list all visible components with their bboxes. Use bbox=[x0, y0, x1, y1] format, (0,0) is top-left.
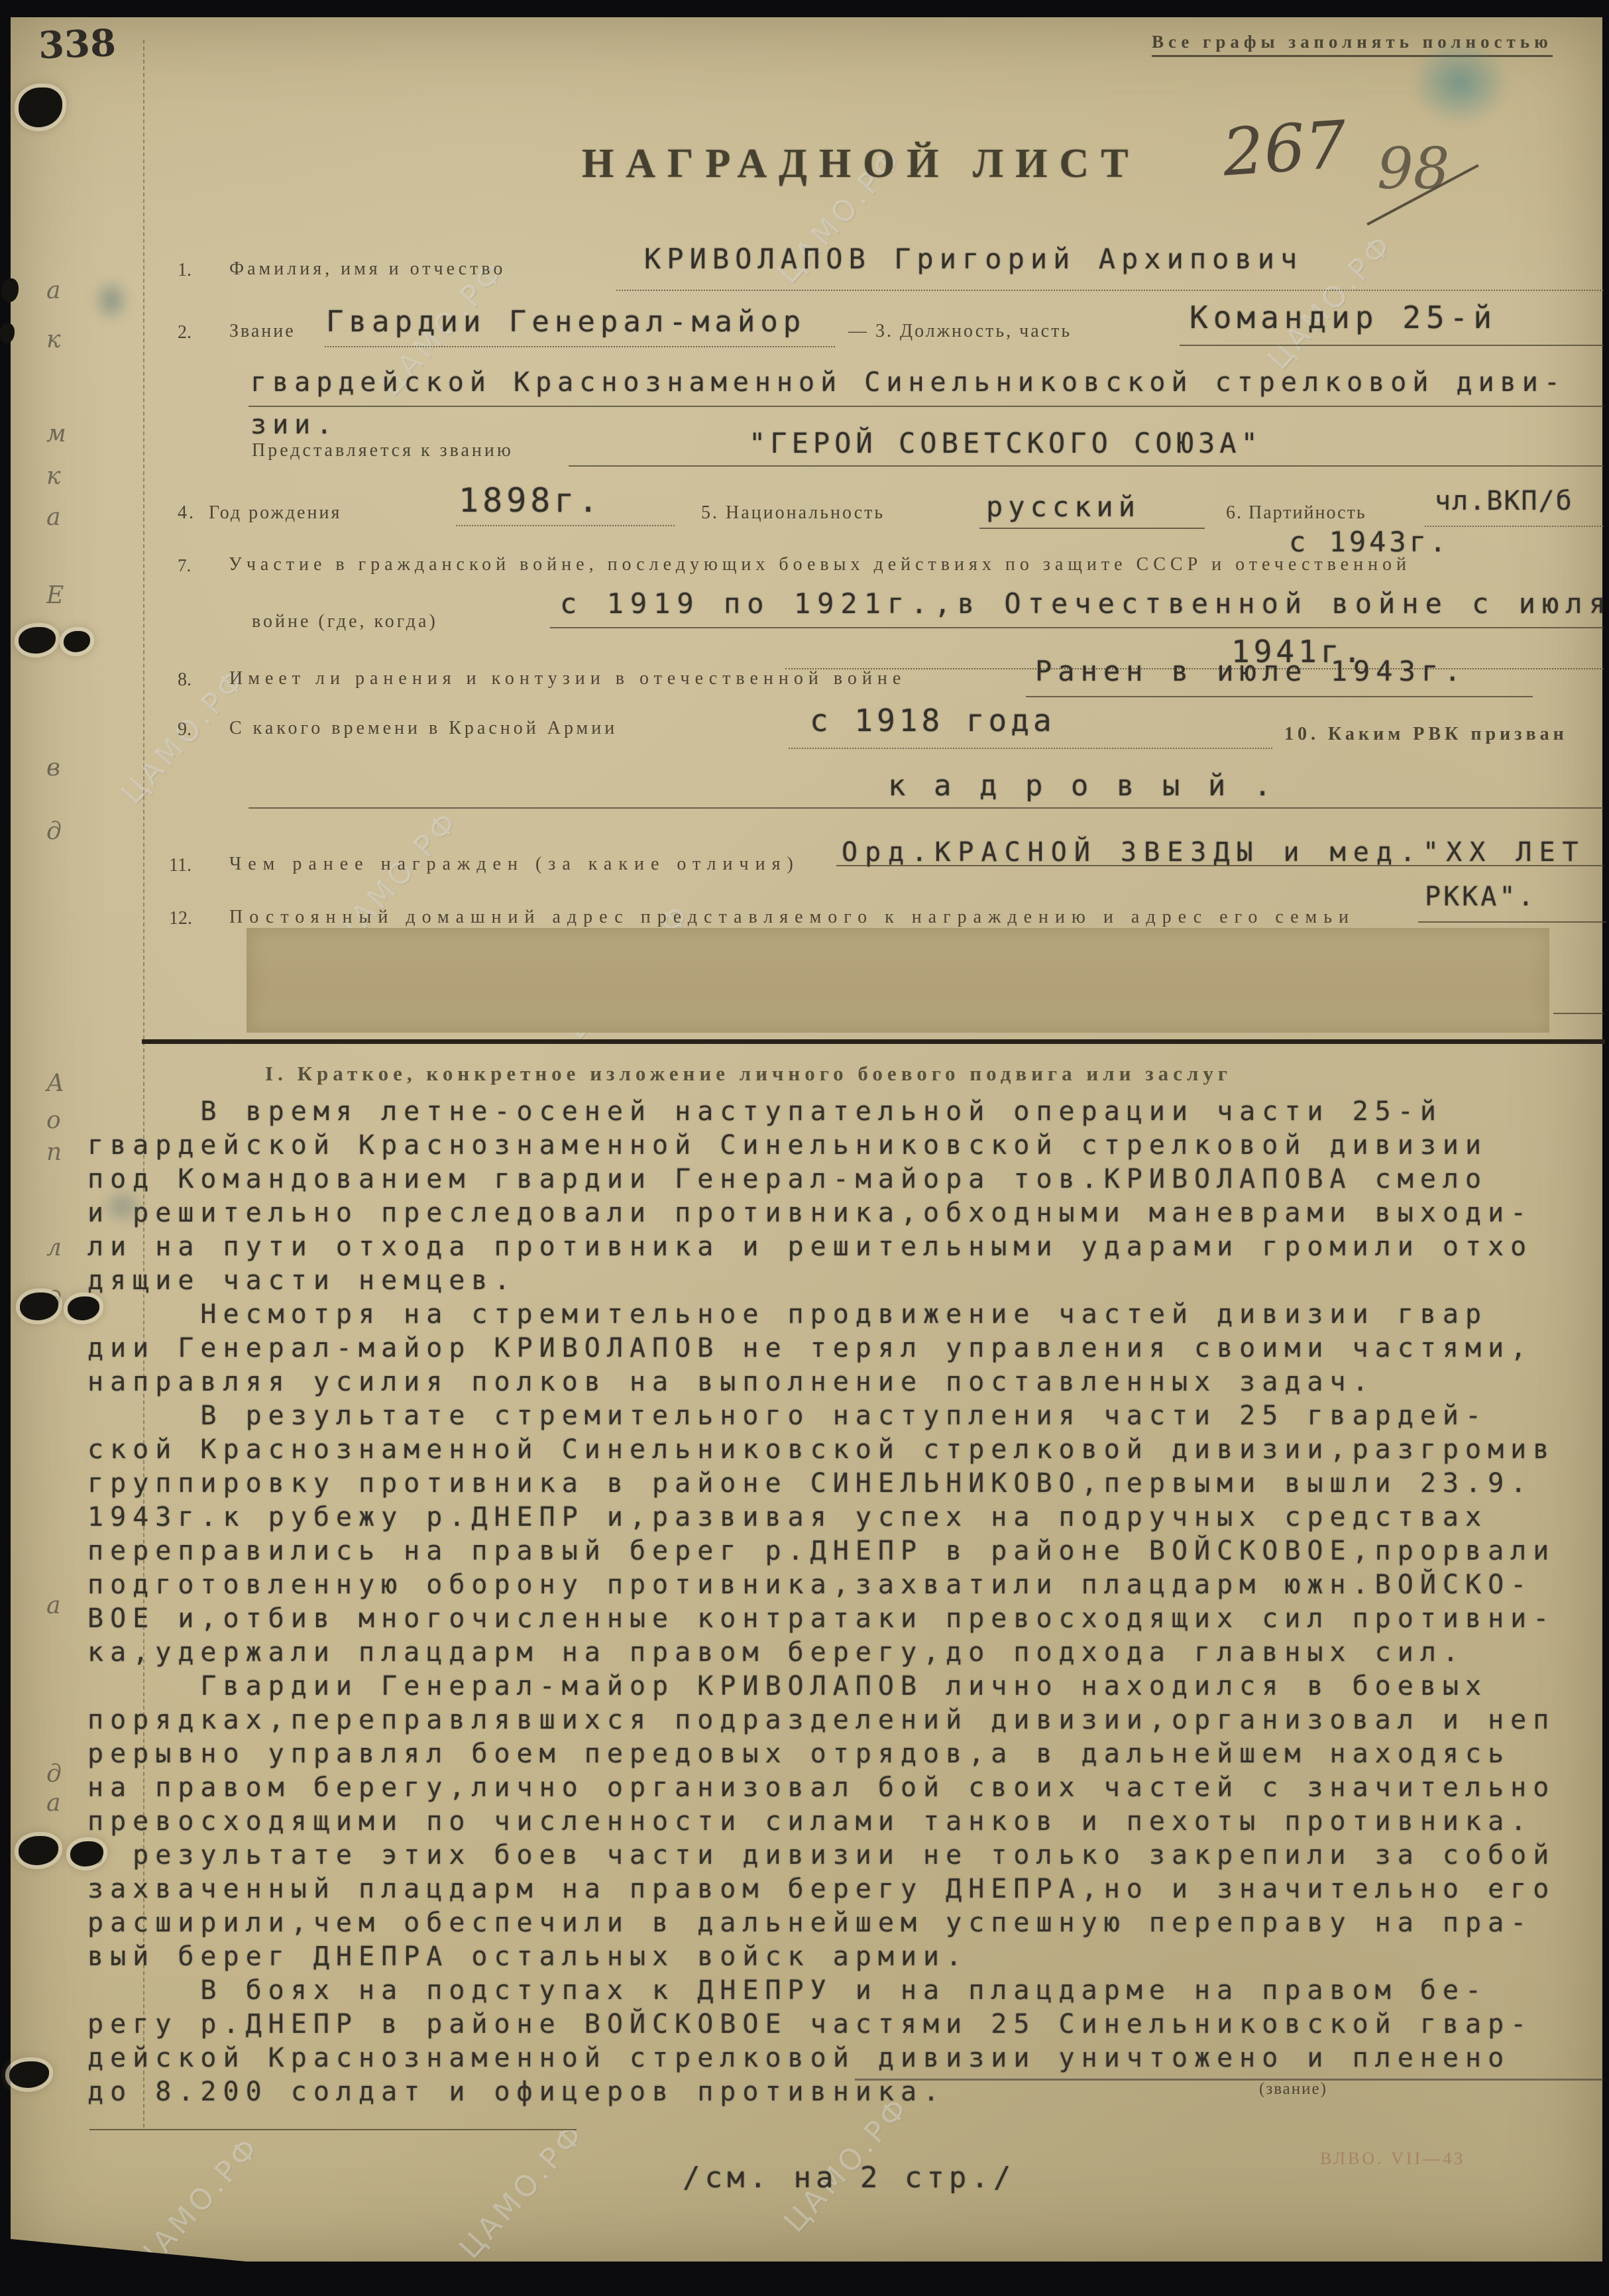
field1-value: КРИВОЛАПОВ Григорий Архипович bbox=[644, 243, 1303, 275]
margin-handwritten-letter: к bbox=[46, 326, 61, 353]
field11-label: Чем ранее награжден (за какие отличия) bbox=[229, 854, 800, 875]
ruled-line bbox=[569, 465, 1604, 467]
margin-handwritten-letter: л bbox=[46, 1234, 62, 1261]
field3-value: Командир 25-й bbox=[1190, 300, 1497, 335]
document-title: НАГРАДНОЙ ЛИСТ bbox=[582, 141, 1140, 188]
print-shop-stamp: ВЛВО. VII—43 bbox=[1320, 2149, 1465, 2169]
combat-description-line: рерывно управлял боем передовых отрядов,… bbox=[87, 1737, 1606, 1771]
field3-label: — 3. Должность, часть bbox=[848, 321, 1072, 342]
field1-label: Фамилия, имя и отчество bbox=[229, 258, 506, 280]
ruled-line bbox=[249, 406, 1604, 407]
combat-description-line: расширили,чем обеспечили в дальнейшем ус… bbox=[87, 1906, 1606, 1940]
field11-value: Орд.КРАСНОЙ ЗВЕЗДЫ и мед."ХХ ЛЕТ bbox=[842, 837, 1586, 868]
field8-number: 8. bbox=[178, 669, 192, 691]
combat-description-line: на правом берегу,лично организовал бой с… bbox=[87, 1771, 1606, 1805]
combat-description-line: дии Генерал-майор КРИВОЛАПОВ не терял уп… bbox=[87, 1332, 1606, 1365]
field12-label: Постоянный домашний адрес представляемог… bbox=[229, 907, 1355, 928]
combat-description-line: переправились на правый берег р.ДНЕПР в … bbox=[87, 1534, 1606, 1568]
combat-description-line: ВОЕ и,отбив многочисленные контратаки пр… bbox=[87, 1602, 1606, 1636]
ruled-line bbox=[1553, 1013, 1604, 1014]
ruled-line bbox=[550, 627, 1604, 628]
combat-description-line: вый берег ДНЕПРА остальных войск армии. bbox=[87, 1940, 1606, 1974]
combat-description-line: гвардейской Краснознаменной Синельниковс… bbox=[87, 1129, 1606, 1163]
combat-description-line: подготовленную оборону противника,захват… bbox=[87, 1568, 1606, 1602]
combat-description-line: Несмотря на стремительное продвижение ча… bbox=[87, 1298, 1606, 1332]
field2-number: 2. bbox=[178, 322, 192, 343]
ruled-line bbox=[456, 525, 675, 526]
field5-label: 5. Национальность bbox=[701, 502, 885, 524]
section-divider bbox=[142, 1039, 1605, 1044]
combat-description-line: захваченный плацдарм на правом берегу ДН… bbox=[87, 1872, 1606, 1906]
field7-number: 7. bbox=[178, 555, 191, 576]
margin-handwritten-letter: д bbox=[46, 818, 62, 845]
ruled-line bbox=[979, 528, 1205, 529]
margin-handwritten-letter: п bbox=[46, 1139, 62, 1166]
ruled-line bbox=[1180, 345, 1604, 346]
margin-handwritten-letter: а bbox=[46, 277, 60, 304]
combat-description-line: ка,удержали плацдарм на правом берегу,до… bbox=[87, 1636, 1606, 1670]
combat-description-line: 1943г.к рубежу р.ДНЕПР и,развивая успех … bbox=[87, 1501, 1606, 1534]
combat-description-line: дейской Краснознаменной стрелковой дивиз… bbox=[87, 2041, 1606, 2075]
combat-description-line: превосходящими по численности силами тан… bbox=[87, 1805, 1606, 1839]
rank-label: Представляется к званию bbox=[252, 440, 514, 461]
field7-value: с 1919 по 1921г.,в Отечественной войне с… bbox=[560, 587, 1609, 620]
combat-description-line: порядках,переправлявшихся подразделений … bbox=[87, 1703, 1606, 1737]
combat-description-line: ской Краснознаменной Синельниковской стр… bbox=[87, 1433, 1606, 1467]
margin-handwritten-letter: а bbox=[46, 1592, 60, 1619]
combat-description-line: и решительно преследовали противника,обх… bbox=[87, 1196, 1606, 1230]
ink-stain bbox=[91, 277, 131, 323]
field5-value: русский bbox=[986, 490, 1140, 523]
ruled-line bbox=[1418, 921, 1606, 923]
combat-description-line: направляя усилия полков на выполнение по… bbox=[87, 1365, 1606, 1399]
scanned-award-sheet: ЦАМО.РФЦАМО.РФЦАМО.РФЦАМО.РФЦАМО.РФЦАМО.… bbox=[0, 0, 1609, 2296]
combat-description-line: дящие части немцев. bbox=[87, 1264, 1606, 1298]
combat-description-line: под Командованием гвардии Генерал-майора… bbox=[87, 1163, 1606, 1196]
ruled-line bbox=[616, 290, 1604, 291]
field2-value: Гвардии Генерал-майор bbox=[326, 305, 806, 339]
combat-description-line: В время летне-осеней наступательной опер… bbox=[87, 1095, 1606, 1129]
combat-description-line: регу р.ДНЕПР в районе ВОЙСКОВОЕ частями … bbox=[87, 2008, 1606, 2041]
combat-description-line: В результате стремительного наступления … bbox=[87, 1399, 1606, 1433]
combat-section-heading: I. Краткое, конкретное изложение личного… bbox=[265, 1062, 1232, 1086]
margin-handwritten-letter: в bbox=[46, 754, 60, 781]
field6-value-line2: с 1943г. bbox=[1289, 526, 1449, 558]
field11-value-line2: РККА". bbox=[1425, 882, 1537, 912]
field8-label: Имеет ли ранения и контузии в отечествен… bbox=[229, 668, 906, 689]
ruled-line bbox=[325, 346, 835, 347]
ruled-line bbox=[1026, 696, 1533, 697]
field12-number: 12. bbox=[169, 908, 192, 929]
see-page-2-note: /см. на 2 стр./ bbox=[683, 2161, 1015, 2195]
field8-value: Ранен в июле 1943г. bbox=[1035, 655, 1467, 687]
field4-value: 1898г. bbox=[459, 481, 602, 520]
field1-number: 1. bbox=[178, 260, 192, 281]
margin-handwritten-letter: к bbox=[46, 463, 61, 490]
combat-description: В время летне-осеней наступательной опер… bbox=[87, 1095, 1606, 2109]
field11-number: 11. bbox=[169, 855, 192, 876]
field3-value-line2: гвардейской Краснознаменной Синельниковс… bbox=[250, 367, 1566, 398]
field2-label: Звание bbox=[229, 321, 296, 342]
margin-handwritten-letter: о bbox=[46, 1107, 61, 1134]
combat-description-line: В результате этих боев части дивизии не … bbox=[87, 1839, 1606, 1872]
ink-stain bbox=[99, 1186, 146, 1226]
combat-description-line: В боях на подступах к ДНЕПРУ и на плацда… bbox=[87, 1974, 1606, 2008]
crossed-number: 98 bbox=[1377, 136, 1449, 202]
field6-label: 6. Партийность bbox=[1226, 502, 1366, 524]
combat-description-line: Гвардии Генерал-майор КРИВОЛАПОВ лично н… bbox=[87, 1670, 1606, 1703]
field6-value: чл.ВКП/б bbox=[1435, 486, 1573, 516]
field3-value-line3: зии. bbox=[250, 410, 338, 440]
margin-handwritten-letter: д bbox=[46, 1760, 62, 1788]
rank-value: "ГЕРОЙ СОВЕТСКОГО СОЮЗА" bbox=[749, 427, 1262, 459]
ruled-line bbox=[836, 865, 1604, 866]
field4-label: 4. Год рождения bbox=[178, 502, 341, 524]
margin-handwritten-letter: А bbox=[46, 1070, 64, 1097]
form-overprint-line bbox=[855, 2079, 1604, 2081]
ruled-line bbox=[89, 2129, 577, 2130]
margin-handwritten-letter: Е bbox=[46, 582, 64, 609]
field10-value: к а д р о в ы й . bbox=[888, 769, 1276, 803]
field7-label-line2: войне (где, когда) bbox=[252, 611, 438, 632]
document-number: 267 bbox=[1220, 107, 1349, 192]
ruled-line bbox=[789, 748, 1272, 749]
zvanie-note: (звание) bbox=[1259, 2080, 1327, 2098]
margin-handwritten-letter: а bbox=[46, 1790, 60, 1817]
combat-description-line: ли на пути отхода противника и решительн… bbox=[87, 1230, 1606, 1264]
field9-number: 9. bbox=[178, 719, 192, 740]
ruled-line bbox=[249, 807, 1604, 809]
ruled-line bbox=[1425, 526, 1604, 527]
field10-label: 10. Каким РВК призван bbox=[1284, 724, 1568, 745]
field7-label: Участие в гражданской войне, последующих… bbox=[229, 554, 1411, 575]
page-number: 338 bbox=[38, 21, 117, 68]
margin-handwritten-letter: м bbox=[46, 420, 66, 447]
margin-handwritten-letter: а bbox=[46, 504, 60, 531]
field9-label: С какого времени в Красной Армии bbox=[229, 718, 618, 739]
ink-smudge bbox=[1410, 40, 1510, 126]
field9-value: с 1918 года bbox=[810, 703, 1056, 738]
redacted-address-block bbox=[247, 928, 1549, 1033]
combat-description-line: группировку противника в районе СИНЕЛЬНИ… bbox=[87, 1467, 1606, 1501]
